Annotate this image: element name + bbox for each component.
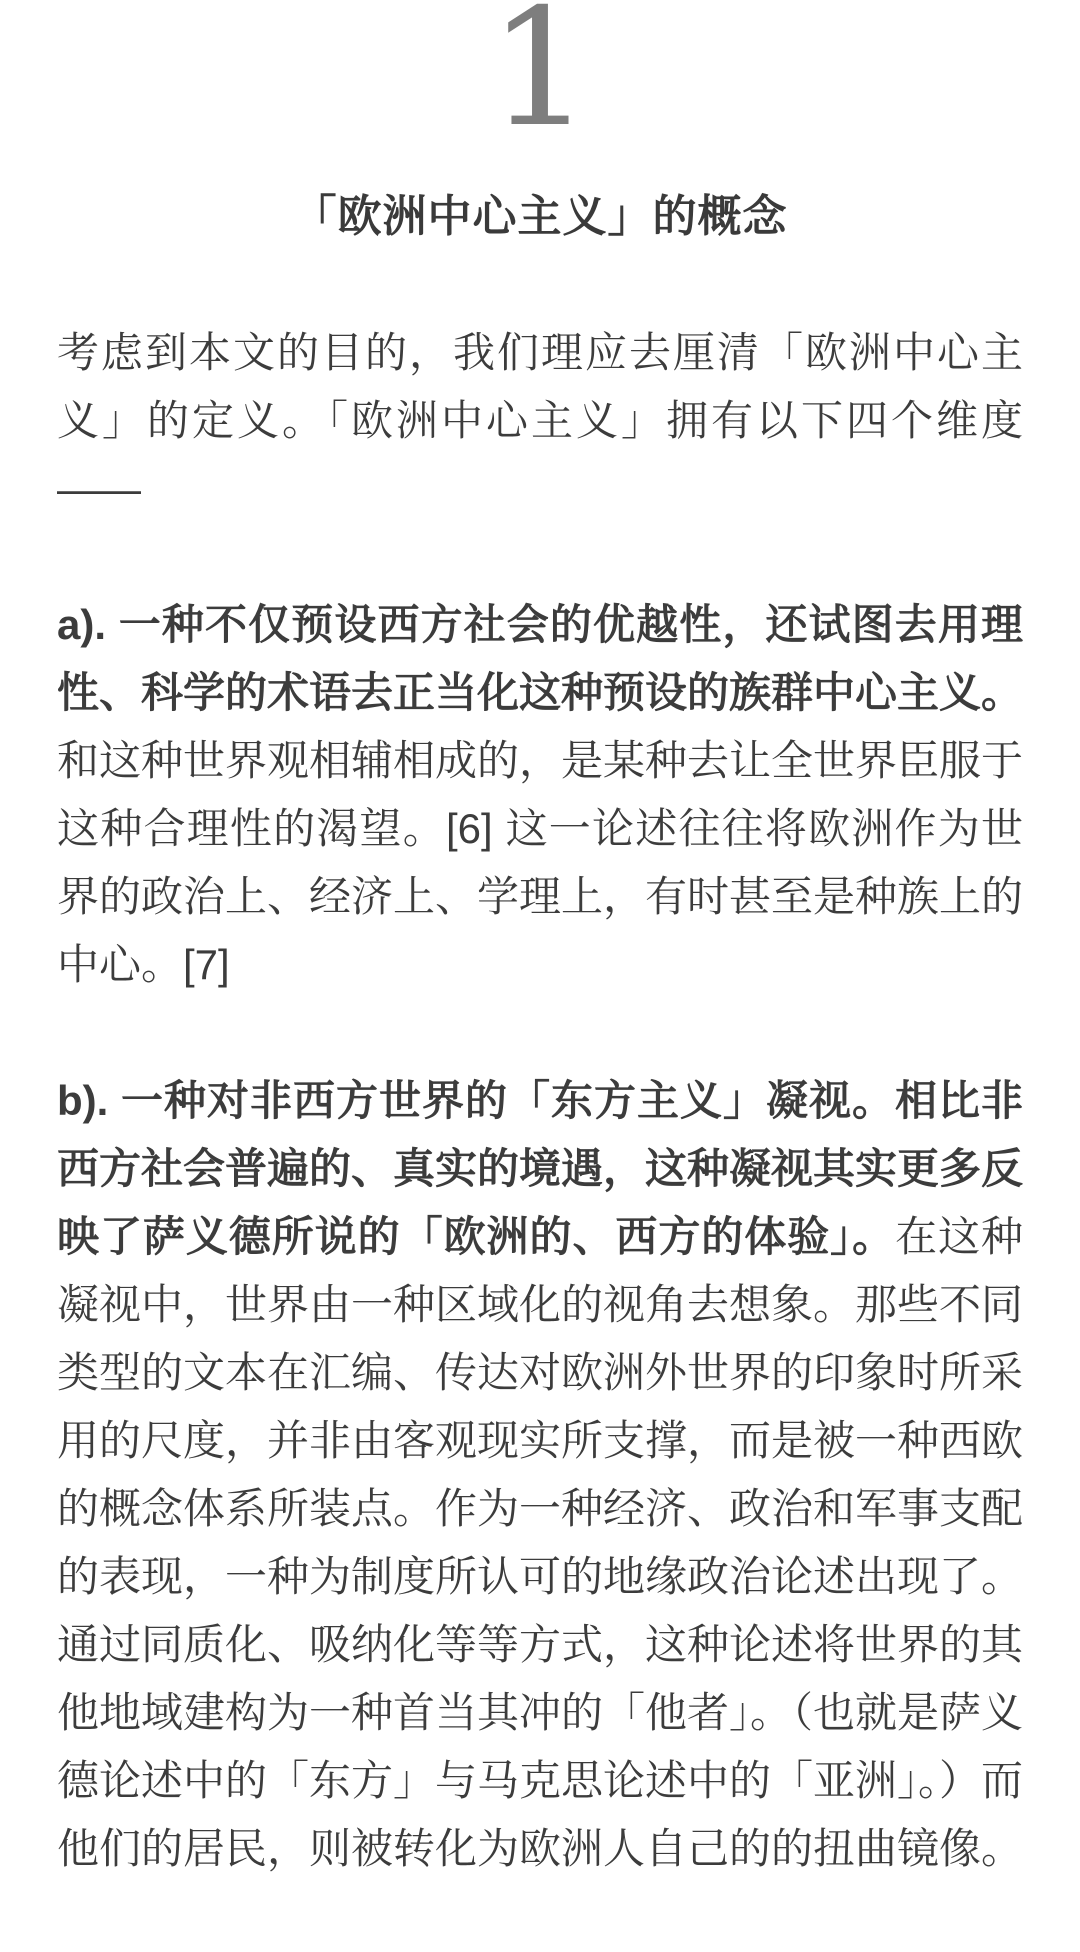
paragraph: a). 一种不仅预设西方社会的优越性，还试图去用理性、科学的术语去正当化这种预设… (57, 591, 1023, 999)
article-page: 1 「欧洲中心主义」的概念 考虑到本文的目的，我们理应去厘清「欧洲中心主义」的定… (0, 0, 1080, 1940)
text-segment: 在这种凝视中，世界由一种区域化的视角去想象。那些不同类型的文本在汇编、传达对欧洲… (57, 1213, 1023, 1872)
article-body: 考虑到本文的目的，我们理应去厘清「欧洲中心主义」的定义。「欧洲中心主义」拥有以下… (57, 319, 1023, 1883)
paragraph: b). 一种对非西方世界的「东方主义」凝视。相比非西方社会普遍的、真实的境遇，这… (57, 1067, 1023, 1883)
chapter-number: 1 (57, 0, 1023, 150)
bold-text-segment: b). 一种对非西方世界的「东方主义」凝视。相比非西方社会普遍的、真实的境遇，这… (57, 1077, 1023, 1260)
paragraph: 考虑到本文的目的，我们理应去厘清「欧洲中心主义」的定义。「欧洲中心主义」拥有以下… (57, 319, 1023, 523)
bold-text-segment: a). 一种不仅预设西方社会的优越性，还试图去用理性、科学的术语去正当化这种预设… (57, 601, 1023, 716)
text-segment: 和这种世界观相辅相成的，是某种去让全世界臣服于这种合理性的渴望。[6] 这一论述… (57, 737, 1023, 988)
chapter-title: 「欧洲中心主义」的概念 (57, 187, 1023, 247)
text-segment: 考虑到本文的目的，我们理应去厘清「欧洲中心主义」的定义。「欧洲中心主义」拥有以下… (57, 329, 1023, 512)
